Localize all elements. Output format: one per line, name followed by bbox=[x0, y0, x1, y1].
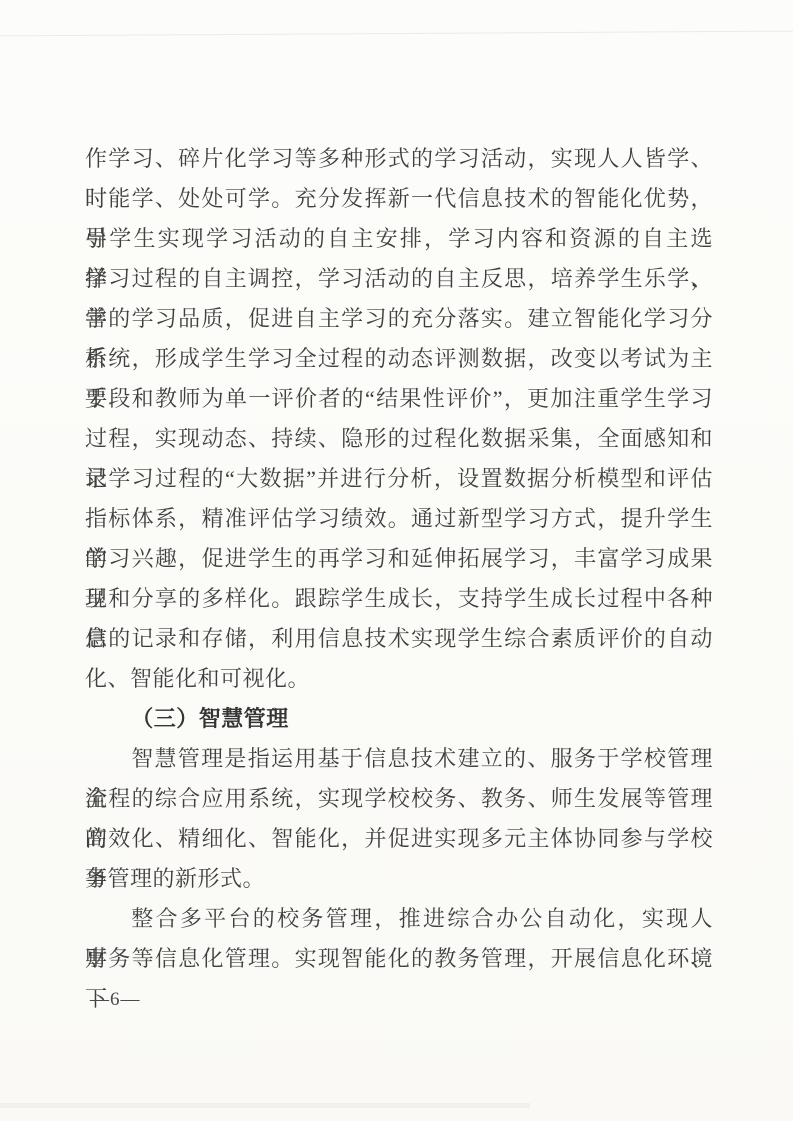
text-line: 手段和教师为单一评价者的“结果性评价”，更加注重学生学习 bbox=[85, 379, 713, 419]
text-line: 高效化、精细化、智能化，并促进实现多元主体协同参与学校事 bbox=[85, 819, 713, 859]
text-line: 指标体系，精准评估学习绩效。通过新型学习方式，提升学生的 bbox=[85, 499, 713, 539]
text-line: 系统，形成学生学习全过程的动态评测数据，改变以考试为主要 bbox=[85, 339, 713, 379]
text-line: 财务等信息化管理。实现智能化的教务管理，开展信息化环境下 bbox=[85, 939, 713, 979]
section-heading: （三）智慧管理 bbox=[85, 699, 713, 739]
text-line: 整合多平台的校务管理，推进综合办公自动化，实现人事、 bbox=[85, 899, 713, 939]
text-line: 录学习过程的“大数据”并进行分析，设置数据分析模型和评估 bbox=[85, 459, 713, 499]
document-body: 作学习、碎片化学习等多种形式的学习活动，实现人人皆学、时 时能学、处处可学。充分… bbox=[85, 139, 713, 979]
text-line: 学习过程的自主调控，学习活动的自主反思，培养学生乐学、善 bbox=[85, 259, 713, 299]
text-line: 务管理的新形式。 bbox=[85, 859, 713, 899]
scan-crease-line bbox=[0, 31, 793, 37]
text-line: 化、智能化和可视化。 bbox=[85, 659, 713, 699]
text-line: 导学生实现学习活动的自主安排，学习内容和资源的自主选择， bbox=[85, 219, 713, 259]
document-page: 作学习、碎片化学习等多种形式的学习活动，实现人人皆学、时 时能学、处处可学。充分… bbox=[0, 0, 793, 1121]
text-line: 流程的综合应用系统，实现学校校务、教务、师生发展等管理的 bbox=[85, 779, 713, 819]
text-line: 学的学习品质，促进自主学习的充分落实。建立智能化学习分析 bbox=[85, 299, 713, 339]
text-line: 学习兴趣，促进学生的再学习和延伸拓展学习，丰富学习成果呈 bbox=[85, 539, 713, 579]
text-line: 现和分享的多样化。跟踪学生成长，支持学生成长过程中各种信 bbox=[85, 579, 713, 619]
text-line: 智慧管理是指运用基于信息技术建立的、服务于学校管理全 bbox=[85, 739, 713, 779]
text-line: 时能学、处处可学。充分发挥新一代信息技术的智能化优势，引 bbox=[85, 179, 713, 219]
text-line: 过程，实现动态、持续、隐形的过程化数据采集，全面感知和记 bbox=[85, 419, 713, 459]
text-line: 息的记录和存储，利用信息技术实现学生综合素质评价的自动 bbox=[85, 619, 713, 659]
page-number: —6— bbox=[90, 988, 141, 1012]
scan-artifact-strip bbox=[0, 1103, 530, 1108]
text-line: 作学习、碎片化学习等多种形式的学习活动，实现人人皆学、时 bbox=[85, 139, 713, 179]
